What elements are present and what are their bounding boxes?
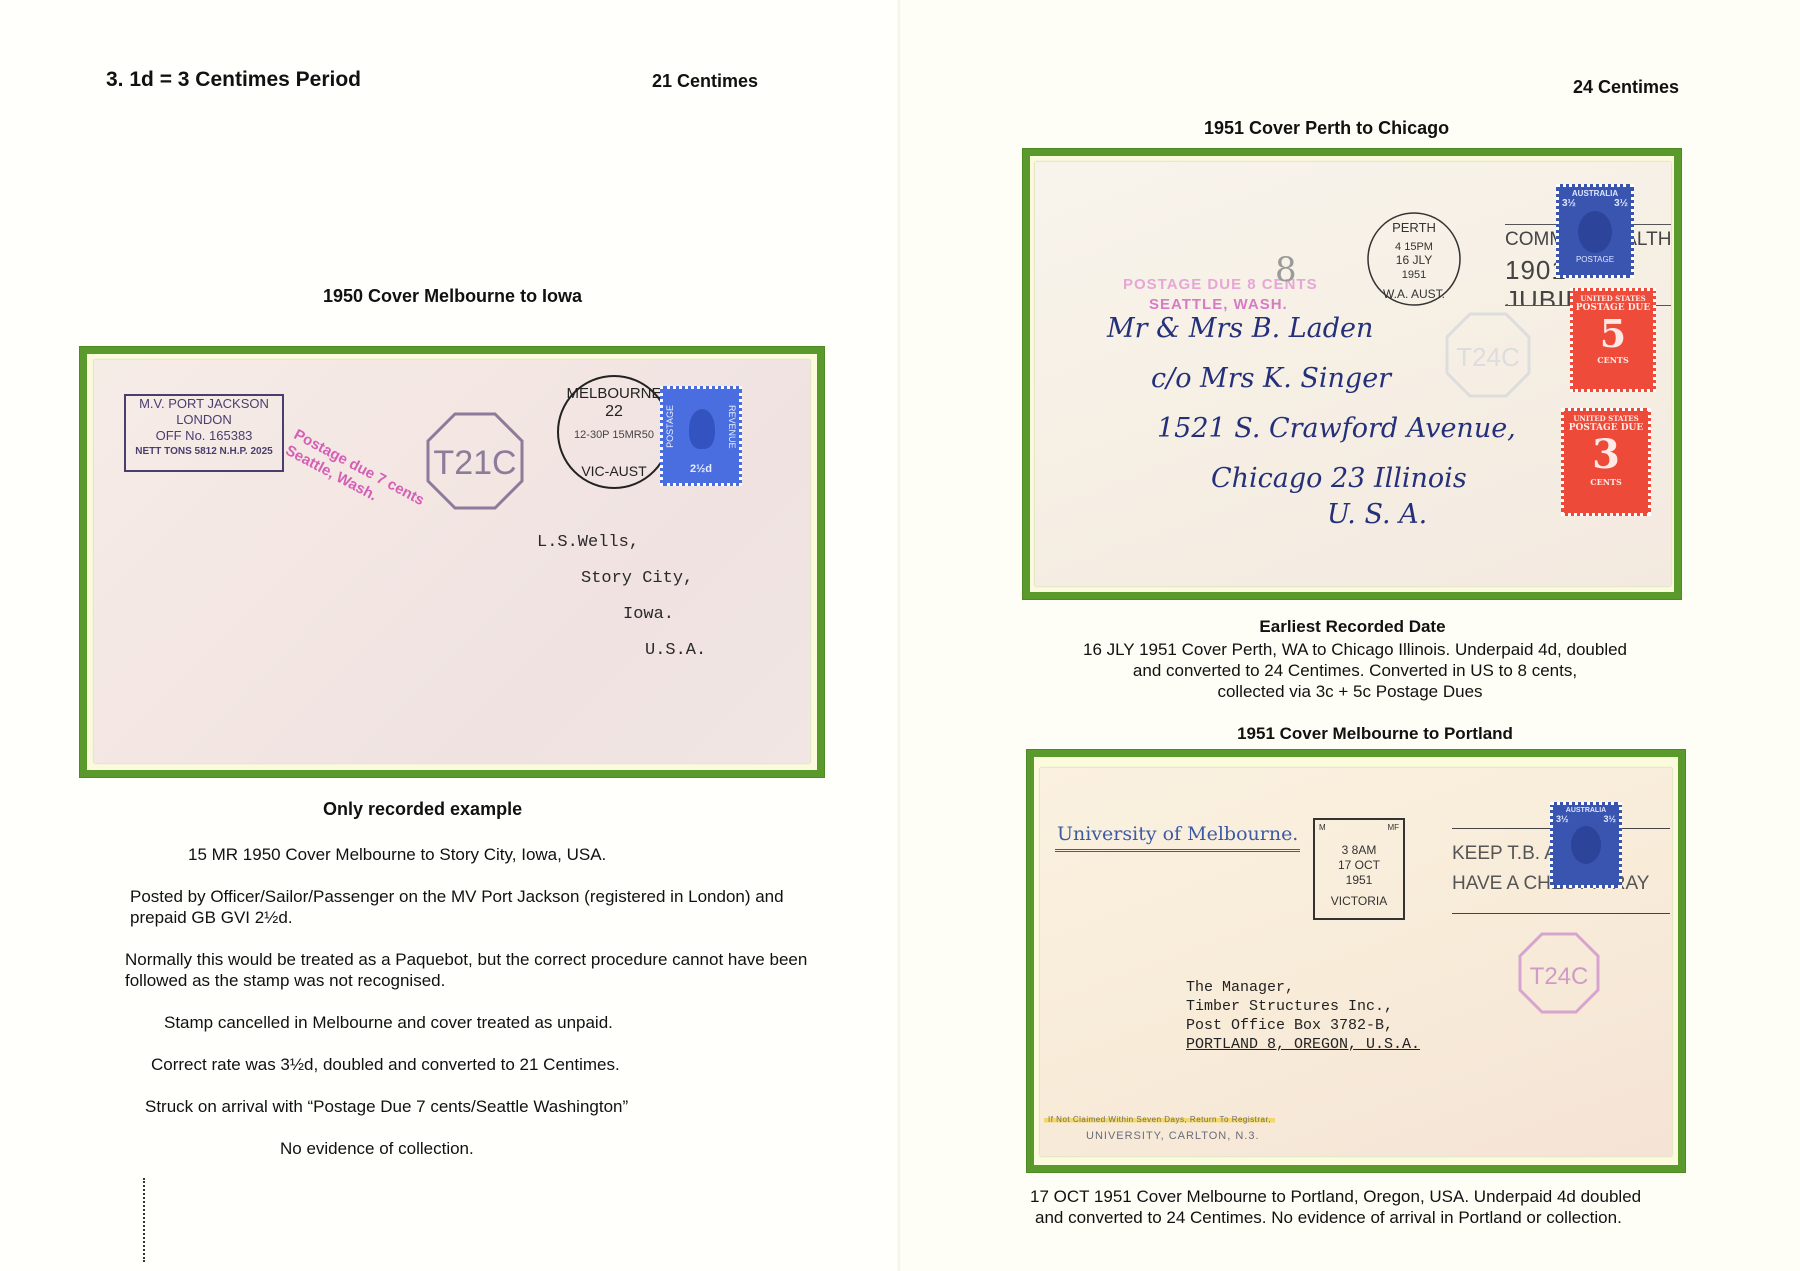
caption-portland-line2: and converted to 24 Centimes. No evidenc…	[1035, 1207, 1622, 1228]
perth-postmark: PERTH 4 15PM 16 JLY 1951 W.A. AUST.	[1365, 210, 1463, 308]
svg-text:22: 22	[605, 403, 623, 420]
right-album-page: 24 Centimes 1951 Cover Perth to Chicago …	[900, 0, 1800, 1271]
caption-portland-line1: 17 OCT 1951 Cover Melbourne to Portland,…	[1030, 1186, 1641, 1207]
left-album-page: 3. 1d = 3 Centimes Period 21 Centimes 19…	[0, 0, 900, 1271]
caption-heading-only-recorded: Only recorded example	[323, 799, 522, 820]
tax-mark-octagon: T21C	[426, 412, 524, 510]
note-correct-rate: Correct rate was 3½d, doubled and conver…	[151, 1054, 620, 1075]
cover-frame-iowa: M.V. PORT JACKSON LONDON OFF No. 165383 …	[79, 346, 825, 778]
envelope-chicago: POSTAGE DUE 8 CENTS SEATTLE, WASH. 8 PER…	[1035, 162, 1671, 586]
caption-chicago-line3: collected via 3c + 5c Postage Dues	[900, 681, 1800, 702]
svg-text:16 JLY: 16 JLY	[1396, 253, 1432, 267]
manuscript-due-8: 8	[1275, 250, 1297, 290]
melbourne-postmark: MELBOURNE 22 12-30P 15MR50 VIC-AUST	[554, 372, 674, 492]
svg-text:12-30P 15MR50: 12-30P 15MR50	[574, 429, 654, 441]
note-paquebot: Normally this would be treated as a Paqu…	[125, 949, 825, 991]
tax-mark-t24c-octagon: T24C	[1518, 932, 1600, 1014]
note-struck-on-arrival: Struck on arrival with “Postage Due 7 ce…	[145, 1096, 628, 1117]
svg-text:VIC-AUST: VIC-AUST	[581, 463, 647, 479]
note-date: 15 MR 1950 Cover Melbourne to Story City…	[188, 844, 606, 865]
handwritten-address: Mr & Mrs B. Laden c/o Mrs K. Singer 1521…	[1107, 304, 1516, 540]
university-letterhead: University of Melbourne.	[1055, 823, 1300, 852]
ship-cachet: M.V. PORT JACKSON LONDON OFF No. 165383 …	[124, 394, 284, 472]
address-block: L.S.Wells, Story City, Iowa. U.S.A.	[537, 525, 706, 669]
envelope-portland: University of Melbourne. MMF 3 8AM 17 OC…	[1040, 768, 1672, 1156]
king-portrait	[1578, 211, 1612, 253]
note-posted-by: Posted by Officer/Sailor/Passenger on th…	[130, 886, 820, 928]
typed-address-portland: The Manager, Timber Structures Inc., Pos…	[1186, 978, 1420, 1054]
envelope-iowa: M.V. PORT JACKSON LONDON OFF No. 165383 …	[94, 360, 810, 763]
victoria-box-postmark: MMF 3 8AM 17 OCT 1951 VICTORIA	[1313, 818, 1405, 920]
cover-title-iowa: 1950 Cover Melbourne to Iowa	[323, 286, 582, 307]
caption-chicago-line2: and converted to 24 Centimes. Converted …	[900, 660, 1800, 681]
us-postage-due-5c-stamp: UNITED STATES POSTAGE DUE 5 CENTS	[1570, 288, 1656, 392]
rate-heading-21: 21 Centimes	[652, 71, 758, 92]
svg-text:MELBOURNE: MELBOURNE	[566, 385, 661, 402]
cover-title-chicago: 1951 Cover Perth to Chicago	[1204, 118, 1449, 139]
svg-text:W.A. AUST.: W.A. AUST.	[1383, 287, 1445, 301]
rate-heading-24: 24 Centimes	[1573, 77, 1679, 98]
caption-heading-earliest: Earliest Recorded Date	[900, 617, 1800, 637]
cover-frame-portland: University of Melbourne. MMF 3 8AM 17 OC…	[1026, 749, 1686, 1173]
svg-text:PERTH: PERTH	[1392, 220, 1436, 235]
us-postage-due-3c-stamp: UNITED STATES POSTAGE DUE 3 CENTS	[1561, 408, 1651, 516]
scan-artifact-line	[143, 1178, 147, 1262]
note-cancelled: Stamp cancelled in Melbourne and cover t…	[164, 1012, 613, 1033]
king-portrait	[689, 409, 715, 449]
gb-gvi-stamp: POSTAGE REVENUE 2½d	[660, 386, 742, 486]
postage-due-handstamp: Postage due 7 cents Seattle, Wash.	[282, 426, 427, 526]
svg-text:T21C: T21C	[433, 444, 516, 482]
cover-frame-chicago: POSTAGE DUE 8 CENTS SEATTLE, WASH. 8 PER…	[1022, 148, 1682, 600]
svg-text:T24C: T24C	[1530, 963, 1589, 990]
svg-text:1951: 1951	[1402, 269, 1426, 281]
australia-3-5d-stamp-2: AUSTRALIA 3½3½	[1550, 802, 1622, 888]
return-address: UNIVERSITY, CARLTON, N.3.	[1086, 1130, 1260, 1142]
cover-title-portland: 1951 Cover Melbourne to Portland	[900, 724, 1800, 744]
return-instruction: If Not Claimed Within Seven Days, Return…	[1044, 1115, 1275, 1124]
king-portrait	[1571, 826, 1601, 864]
section-title: 3. 1d = 3 Centimes Period	[106, 68, 361, 92]
caption-chicago-line1: 16 JLY 1951 Cover Perth, WA to Chicago I…	[900, 639, 1800, 660]
svg-text:4 15PM: 4 15PM	[1395, 241, 1433, 253]
australia-3-5d-stamp: AUSTRALIA 3½3½ POSTAGE	[1556, 184, 1634, 278]
note-no-collection: No evidence of collection.	[280, 1138, 474, 1159]
